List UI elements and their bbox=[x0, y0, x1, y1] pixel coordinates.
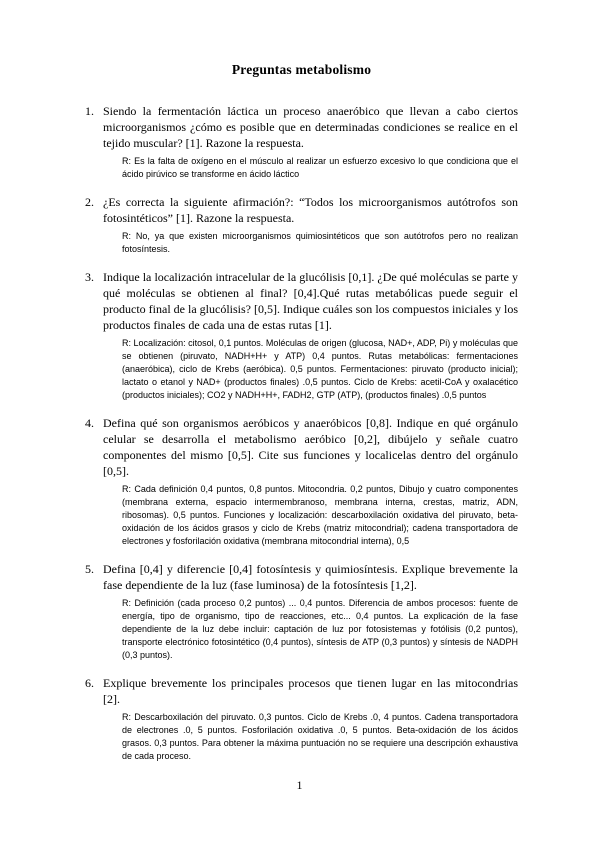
question-number: 1. bbox=[85, 103, 103, 151]
question-number: 6. bbox=[85, 675, 103, 707]
question-text: Indique la localización intracelular de … bbox=[103, 269, 518, 333]
answer-text: R: No, ya que existen microorganismos qu… bbox=[122, 230, 518, 256]
question-row: 1. Siendo la fermentación láctica un pro… bbox=[85, 103, 518, 151]
question-item-4: 4. Defina qué son organismos aeróbicos y… bbox=[85, 415, 518, 548]
document-title: Preguntas metabolismo bbox=[85, 62, 518, 78]
question-text: Explique brevemente los principales proc… bbox=[103, 675, 518, 707]
question-row: 4. Defina qué son organismos aeróbicos y… bbox=[85, 415, 518, 479]
question-item-5: 5. Defina [0,4] y diferencie [0,4] fotos… bbox=[85, 561, 518, 662]
question-row: 5. Defina [0,4] y diferencie [0,4] fotos… bbox=[85, 561, 518, 593]
question-item-2: 2. ¿Es correcta la siguiente afirmación?… bbox=[85, 194, 518, 256]
question-number: 3. bbox=[85, 269, 103, 333]
question-item-1: 1. Siendo la fermentación láctica un pro… bbox=[85, 103, 518, 181]
question-number: 4. bbox=[85, 415, 103, 479]
page-number: 1 bbox=[0, 778, 599, 793]
question-number: 5. bbox=[85, 561, 103, 593]
answer-text: R: Descarboxilación del piruvato. 0,3 pu… bbox=[122, 711, 518, 763]
question-row: 6. Explique brevemente los principales p… bbox=[85, 675, 518, 707]
document-page: Preguntas metabolismo 1. Siendo la ferme… bbox=[0, 0, 599, 848]
question-text: ¿Es correcta la siguiente afirmación?: “… bbox=[103, 194, 518, 226]
question-number: 2. bbox=[85, 194, 103, 226]
answer-text: R: Cada definición 0,4 puntos, 0,8 punto… bbox=[122, 483, 518, 548]
question-text: Siendo la fermentación láctica un proces… bbox=[103, 103, 518, 151]
answer-text: R: Definición (cada proceso 0,2 puntos) … bbox=[122, 597, 518, 662]
answer-text: R: Es la falta de oxígeno en el músculo … bbox=[122, 155, 518, 181]
question-text: Defina qué son organismos aeróbicos y an… bbox=[103, 415, 518, 479]
question-row: 3. Indique la localización intracelular … bbox=[85, 269, 518, 333]
question-item-3: 3. Indique la localización intracelular … bbox=[85, 269, 518, 402]
question-row: 2. ¿Es correcta la siguiente afirmación?… bbox=[85, 194, 518, 226]
question-text: Defina [0,4] y diferencie [0,4] fotosínt… bbox=[103, 561, 518, 593]
answer-text: R: Localización: citosol, 0,1 puntos. Mo… bbox=[122, 337, 518, 402]
question-item-6: 6. Explique brevemente los principales p… bbox=[85, 675, 518, 763]
